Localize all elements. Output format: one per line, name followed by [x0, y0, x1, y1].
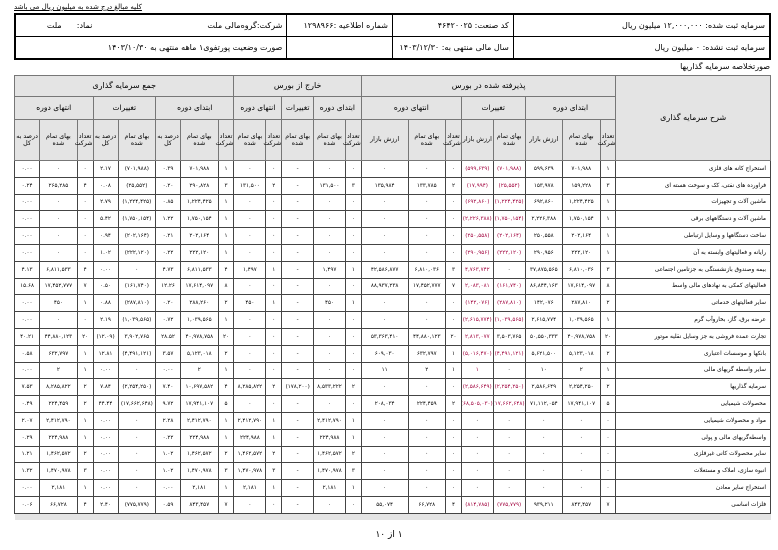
table-cell: ۵۰,۵۵۰,۳۳۳ — [525, 328, 563, 345]
table-cell: (۷۰۱,۹۸۸) — [118, 161, 156, 178]
table-row: بیمه وصندوق بازنشستگی به جزتامین اجتماعی… — [15, 261, 771, 278]
table-cell: ۲ — [446, 396, 462, 413]
table-cell: ۱۷,۹۴۱,۱۰۷ — [563, 396, 601, 413]
table-cell: (۱۷,۹۹۴) — [461, 177, 493, 194]
column-header: ارزش بازار — [461, 120, 493, 161]
table-cell: ۲,۴۱۲,۷۹۰ — [234, 412, 266, 429]
table-cell: ۰ — [345, 228, 361, 245]
table-cell: ۰.۲۲ — [156, 429, 181, 446]
table-cell: ۰ — [446, 312, 462, 329]
table-cell: - — [282, 345, 314, 362]
table-cell: ۰.۵۰ — [93, 278, 118, 295]
group-total: جمع سرمایه گذاری — [15, 76, 234, 97]
table-row: سرمایه گذاریها۲۲,۲۵۴,۲۵۰۲,۵۸۶,۶۴۹(۲,۲۵۴,… — [15, 379, 771, 396]
table-cell: ۰.۳۹ — [156, 161, 181, 178]
table-cell: (۶۸,۵۰۵,۰۳۰) — [461, 396, 493, 413]
table-row: بانکها و موسسات اعتباری۲۵,۱۲۳,۰۱۸۵,۶۲۱,۵… — [15, 345, 771, 362]
table-cell: ۲.۴۰ — [93, 496, 118, 513]
table-cell: ۳,۵۰۳,۷۶۵ — [493, 328, 525, 345]
table-cell: ۰ — [314, 211, 346, 228]
table-cell: ۰ — [361, 244, 408, 261]
table-cell: ۰ — [345, 244, 361, 261]
table-row: واسطه‌گریهای مالی و پولی۰۰۰۰۰۰۰۰۱۲۲۴,۹۸۸… — [15, 429, 771, 446]
table-cell: ۱,۴۷۰,۹۷۸ — [40, 463, 78, 480]
table-cell: ۲,۰۸۳,۰۸۱ — [461, 278, 493, 295]
table-cell: ۰ — [408, 194, 446, 211]
table-cell: ۰ — [118, 412, 156, 429]
table-cell: ۰ — [266, 228, 282, 245]
table-cell: (۱,۷۵۰,۱۵۴) — [118, 211, 156, 228]
table-cell: - — [282, 194, 314, 211]
table-cell: - — [282, 412, 314, 429]
table-cell: ۳ — [446, 261, 462, 278]
table-cell: ۰ — [345, 194, 361, 211]
table-cell: ۰ — [314, 396, 346, 413]
table-cell: ۲۶۵,۲۸۵ — [40, 177, 78, 194]
table-cell: ۱ — [345, 261, 361, 278]
table-cell: ۴۰,۹۷۸,۷۵۸ — [181, 328, 219, 345]
table-cell: ۲,۲۵۴,۲۵۰ — [563, 379, 601, 396]
table-cell: ۱۰ — [525, 362, 563, 379]
table-cell: ۸ — [218, 278, 234, 295]
table-cell: ۱ — [77, 362, 93, 379]
investment-description: سایر واسطه گریهای مالی — [616, 362, 771, 379]
table-cell: ۲ — [266, 446, 282, 463]
table-cell: ۸۴۳,۴۵۷ — [563, 496, 601, 513]
table-cell: ۰.۰۰ — [15, 228, 40, 245]
table-cell: ۴۴,۸۸۰,۱۲۳ — [40, 328, 78, 345]
table-cell: ۲ — [181, 362, 219, 379]
investment-description: مواد و محصولات شیمیایی — [616, 412, 771, 429]
table-row: سایر فعالیتهای خدماتی۲۲۸۷,۸۱۰۱۴۲,۰۷۶(۲۸۷… — [15, 295, 771, 312]
column-header: بهای تمام شده — [563, 120, 601, 161]
table-cell: ۰ — [461, 412, 493, 429]
table-cell: ۲,۱۸۱ — [234, 480, 266, 497]
table-cell: ۳ — [600, 177, 616, 194]
table-cell: ۸۶,۸۴۴,۱۶۳ — [525, 278, 563, 295]
table-cell: - — [282, 244, 314, 261]
table-cell: ۲,۲۲۶,۳۸۸ — [525, 211, 563, 228]
table-cell: ۲,۴۱۲,۷۹۰ — [181, 412, 219, 429]
table-cell: ۴ — [446, 496, 462, 513]
table-cell: (۲,۲۵۴,۲۵۰) — [118, 379, 156, 396]
table-cell: ۰ — [461, 446, 493, 463]
table-cell: ۱ — [461, 362, 493, 379]
table-cell: - — [282, 278, 314, 295]
table-cell: ۳,۹۰۲,۷۶۵ — [118, 328, 156, 345]
table-cell: ۰ — [361, 412, 408, 429]
table-cell: ۰ — [361, 463, 408, 480]
table-cell: (۲,۲۵۴,۲۵۰) — [493, 379, 525, 396]
table-cell: ۰ — [266, 496, 282, 513]
table-cell: ۴ — [77, 496, 93, 513]
table-cell: (۸۱۴,۷۸۵) — [461, 496, 493, 513]
table-cell: ۰.۰۰ — [15, 480, 40, 497]
listed-ending: انتهای دوره — [361, 97, 461, 120]
table-cell: ۱ — [218, 228, 234, 245]
table-cell: (۲,۶۱۵,۷۷۴) — [461, 312, 493, 329]
total-changes: تغییرات — [93, 97, 156, 120]
investment-description: واسطه‌گریهای مالی و پولی — [616, 429, 771, 446]
table-cell: (۲۰۲,۱۶۴) — [118, 228, 156, 245]
table-cell: ۱ — [218, 362, 234, 379]
table-cell: ۰ — [234, 496, 266, 513]
table-cell: (۱۷,۶۶۲,۶۴۸) — [493, 396, 525, 413]
table-cell: ۰ — [314, 496, 346, 513]
table-cell: ۰ — [266, 396, 282, 413]
column-header: درصد به کل — [15, 120, 40, 161]
table-cell: - — [282, 446, 314, 463]
table-cell: ۰ — [118, 362, 156, 379]
table-cell: ۰ — [234, 244, 266, 261]
industry-code: کد صنعت: ۴۶۴۲۰۰۲۵ — [393, 14, 514, 37]
table-cell: ۰ — [40, 211, 78, 228]
table-cell: ۰ — [446, 412, 462, 429]
table-cell: ۰ — [408, 480, 446, 497]
investment-description: بانکها و موسسات اعتباری — [616, 345, 771, 362]
table-cell: ۰ — [77, 312, 93, 329]
table-cell: (۱۴۲,۰۷۶) — [461, 295, 493, 312]
table-cell: ۱,۴۶۲,۵۷۲ — [181, 446, 219, 463]
table-cell: ۰ — [234, 312, 266, 329]
table-cell: ۰ — [446, 295, 462, 312]
investment-description: استخراج سایر معادن — [616, 480, 771, 497]
investment-description: سایر فعالیتهای خدماتی — [616, 295, 771, 312]
table-cell: ۰ — [40, 161, 78, 178]
table-cell: ۰ — [266, 278, 282, 295]
table-cell: ۲۸۷,۸۱۰ — [563, 295, 601, 312]
table-cell: - — [282, 211, 314, 228]
company-info: شرکت:گروه‌مالی ملت نماد: ملت — [15, 14, 287, 37]
table-cell: ۰ — [563, 480, 601, 497]
table-cell: ۰ — [408, 312, 446, 329]
table-cell: ۰.۰۰ — [93, 463, 118, 480]
table-cell: (۲۹۰,۹۵۶) — [461, 244, 493, 261]
table-cell: ۲ — [266, 177, 282, 194]
table-cell: ۰.۸۵ — [156, 194, 181, 211]
table-cell: ۱۰,۶۹۷,۵۸۲ — [181, 379, 219, 396]
table-cell: ۰ — [408, 429, 446, 446]
table-cell: ۰ — [345, 312, 361, 329]
table-cell: ۶۰۹,۰۳۰ — [361, 345, 408, 362]
table-cell: ۰ — [408, 228, 446, 245]
table-cell: ۲ — [563, 362, 601, 379]
table-cell: ۰.۲۹ — [15, 429, 40, 446]
table-cell: ۰ — [408, 412, 446, 429]
table-cell: ۱۷,۴۵۲,۷۷۷ — [408, 278, 446, 295]
table-cell: ۰ — [77, 194, 93, 211]
table-cell: ۰ — [600, 480, 616, 497]
table-cell: (۱۲.۰۹) — [93, 328, 118, 345]
listed-beginning: ابتدای دوره — [525, 97, 616, 120]
table-cell: ۰ — [408, 463, 446, 480]
company-name: گروه‌مالی ملت — [207, 21, 256, 30]
table-cell: ۰ — [266, 211, 282, 228]
table-cell: ۰ — [600, 446, 616, 463]
table-cell: ۴ — [218, 261, 234, 278]
table-cell: ۲۲۲,۱۲۰ — [563, 244, 601, 261]
table-row: ماشین آلات و دستگاههای برقی۱۱,۷۵۰,۱۵۴۲,۲… — [15, 211, 771, 228]
investment-description: ساخت دستگاهها و وسایل ارتباطی — [616, 228, 771, 245]
table-cell: ۰ — [234, 228, 266, 245]
table-cell: ۰.۷۲ — [156, 312, 181, 329]
table-cell: ۰ — [361, 228, 408, 245]
table-cell: ۰ — [314, 161, 346, 178]
table-cell: (۲۵۰,۵۵۸) — [461, 228, 493, 245]
table-cell: ۱,۲۲۴,۴۲۵ — [181, 194, 219, 211]
table-cell: ۰ — [525, 463, 563, 480]
table-cell: ۲ — [218, 446, 234, 463]
table-cell: ۰.۰۰ — [93, 429, 118, 446]
table-cell: (۲۵,۵۵۲) — [118, 177, 156, 194]
table-cell: ۴۰,۹۷۸,۷۵۸ — [563, 328, 601, 345]
table-cell: ۰ — [118, 446, 156, 463]
table-cell: ۱,۴۹۷ — [234, 261, 266, 278]
table-cell: (۱,۰۳۹,۵۶۵) — [118, 312, 156, 329]
table-cell: ۰ — [493, 362, 525, 379]
table-cell: ۲۰ — [218, 328, 234, 345]
table-cell: ۷.۵۳ — [15, 379, 40, 396]
table-cell: ۰ — [266, 362, 282, 379]
table-cell: ۰ — [314, 345, 346, 362]
investment-description: بیمه وصندوق بازنشستگی به جزتامین اجتماعی — [616, 261, 771, 278]
table-cell: ۴.۱۳ — [15, 261, 40, 278]
table-cell: - — [282, 328, 314, 345]
table-cell: ۷۰۱,۹۸۸ — [181, 161, 219, 178]
table-cell: (۵۹۹,۶۳۹) — [461, 161, 493, 178]
table-cell: ۹.۷۲ — [156, 396, 181, 413]
table-cell: ۰ — [266, 328, 282, 345]
table-cell: ۱.۰۲ — [93, 244, 118, 261]
table-cell: (۴,۴۹۱,۱۲۱) — [118, 345, 156, 362]
table-cell: ۷ — [600, 496, 616, 513]
table-cell: ۰.۰۰ — [15, 211, 40, 228]
table-cell: ۸۸,۹۳۷,۲۳۸ — [361, 278, 408, 295]
table-cell: ۰ — [118, 463, 156, 480]
table-cell: - — [282, 177, 314, 194]
table-cell: ۰.۸۸ — [93, 295, 118, 312]
table-cell: ۳ — [266, 463, 282, 480]
table-row: فلزات اساسی۷۸۴۳,۴۵۷۹۳۹,۲۱۱(۷۷۵,۷۷۹)(۸۱۴,… — [15, 496, 771, 513]
table-cell: ۱,۴۷۰,۹۷۸ — [314, 463, 346, 480]
table-cell: ۰ — [446, 228, 462, 245]
table-cell: ۲ — [600, 295, 616, 312]
table-cell: ۱.۰۲ — [156, 446, 181, 463]
table-cell: ۰.۰۰ — [93, 480, 118, 497]
table-cell: ۰.۰۰ — [156, 362, 181, 379]
table-cell: ۱ — [266, 429, 282, 446]
table-cell: ۰ — [563, 429, 601, 446]
table-cell: ۲ — [446, 177, 462, 194]
table-cell: (۲۸۷,۸۱۰) — [118, 295, 156, 312]
table-cell: ۲۸.۵۲ — [156, 328, 181, 345]
table-cell: ۰ — [40, 194, 78, 211]
table-row: رایانه و فعالیتهای وابسته به آن۱۲۲۲,۱۲۰۲… — [15, 244, 771, 261]
table-cell: ۰ — [266, 161, 282, 178]
table-cell: ۱ — [600, 211, 616, 228]
table-cell: ۰ — [493, 412, 525, 429]
table-cell: ۰ — [314, 194, 346, 211]
table-cell: ۱ — [218, 161, 234, 178]
table-cell: (۲۰۲,۱۶۴) — [493, 228, 525, 245]
table-cell: ۱,۷۵۰,۱۵۴ — [181, 211, 219, 228]
column-header: بهای تمام شده — [234, 120, 266, 161]
table-cell: ۰ — [234, 278, 266, 295]
table-cell: ۱.۲۲ — [156, 211, 181, 228]
table-cell: ۰.۰۰ — [93, 261, 118, 278]
table-cell: ۱,۴۷۰,۹۷۸ — [181, 463, 219, 480]
table-cell: ۰ — [361, 446, 408, 463]
table-cell: ۱,۲۲۴,۴۲۵ — [563, 194, 601, 211]
table-cell: ۰ — [345, 362, 361, 379]
column-header: تعداد شرکت — [77, 120, 93, 161]
table-cell: ۱ — [218, 211, 234, 228]
table-cell: ۴ — [77, 261, 93, 278]
table-cell: ۱ — [218, 244, 234, 261]
table-cell: ۰ — [234, 161, 266, 178]
table-cell: ۱۲.۸۱ — [93, 345, 118, 362]
table-cell: ۰ — [361, 379, 408, 396]
table-cell: ۵ — [600, 396, 616, 413]
table-cell: ۰.۰۰ — [15, 194, 40, 211]
table-cell: ۰ — [361, 295, 408, 312]
table-cell: ۰ — [446, 161, 462, 178]
table-cell: ۲ — [77, 446, 93, 463]
table-row: مواد و محصولات شیمیایی۰۰۰۰۰۰۰۰۱۲,۴۱۲,۷۹۰… — [15, 412, 771, 429]
table-cell: ۱ — [600, 228, 616, 245]
table-cell: ۲۰ — [77, 328, 93, 345]
table-cell: ۱,۰۳۹,۵۶۵ — [181, 312, 219, 329]
table-cell: ۰ — [446, 244, 462, 261]
table-cell: ۰ — [234, 211, 266, 228]
table-cell: ۱۱ — [361, 362, 408, 379]
table-cell: ۲ — [600, 345, 616, 362]
table-cell: ۲۸۸,۲۶۰ — [181, 295, 219, 312]
table-cell: ۰.۵۹ — [156, 496, 181, 513]
table-cell: ۶۹۲,۸۶۰ — [525, 194, 563, 211]
table-cell: ۰.۰۰ — [15, 312, 40, 329]
table-cell: ۰.۴۹ — [15, 396, 40, 413]
table-cell: ۰ — [266, 345, 282, 362]
table-cell: ۱ — [77, 345, 93, 362]
table-row: سایر واسطه گریهای مالی۱۲۱۰۰۱۱۲۱۱۰۰-۰۰۱۲۰… — [15, 362, 771, 379]
table-cell: ۱۴۲,۰۷۶ — [525, 295, 563, 312]
table-cell: ۱ — [218, 412, 234, 429]
table-cell: (۶۹۲,۸۶۰) — [461, 194, 493, 211]
table-cell: ۰ — [361, 312, 408, 329]
table-cell: ۰ — [446, 211, 462, 228]
table-cell: ۴.۷۳ — [156, 261, 181, 278]
table-cell: ۰ — [314, 228, 346, 245]
table-cell: ۰.۲۲ — [156, 244, 181, 261]
table-cell: ۲ — [345, 379, 361, 396]
table-cell: ۰ — [525, 446, 563, 463]
investment-description: عرضه برق، گاز، بخاروآب گرم — [616, 312, 771, 329]
table-cell: ۰ — [118, 480, 156, 497]
table-cell: ۰ — [77, 228, 93, 245]
table-cell: ۱,۰۳۹,۵۶۵ — [563, 312, 601, 329]
column-header: ارزش بازار — [525, 120, 563, 161]
table-cell: ۲۲۴,۴۵۹ — [408, 396, 446, 413]
table-cell: ۵۹۹,۶۳۹ — [525, 161, 563, 178]
table-cell: ۱ — [77, 429, 93, 446]
table-cell: ۰.۰۶ — [15, 496, 40, 513]
table-cell: ۱۵.۶۸ — [15, 278, 40, 295]
symbol-label: نماد: — [77, 21, 93, 30]
column-header: درصد به کل — [93, 120, 118, 161]
table-cell: ۰ — [314, 312, 346, 329]
col-description: شرح سرمایه گذاری — [616, 76, 771, 161]
investment-description: فلزات اساسی — [616, 496, 771, 513]
table-cell: ۱ — [218, 429, 234, 446]
table-cell: ۰ — [493, 480, 525, 497]
table-cell: (۱,۰۳۹,۵۶۵) — [493, 312, 525, 329]
table-cell: ۱,۴۶۲,۵۷۲ — [40, 446, 78, 463]
table-cell: ۶,۸۱۱,۵۳۳ — [40, 261, 78, 278]
table-cell: ۰ — [361, 429, 408, 446]
table-cell: ۰ — [361, 161, 408, 178]
table-cell: ۰ — [361, 194, 408, 211]
table-cell: (۲۸۷,۸۱۰) — [493, 295, 525, 312]
table-cell: ۱۳۱,۵۰۰ — [314, 177, 346, 194]
table-cell: ۲ — [345, 446, 361, 463]
table-cell: (۲۲۲,۱۲۰) — [118, 244, 156, 261]
table-cell: - — [282, 496, 314, 513]
table-cell: ۸,۲۸۵,۸۲۲ — [40, 379, 78, 396]
table-cell: ۲.۷۹ — [93, 194, 118, 211]
group-listed: پذیرفته شده در بورس — [361, 76, 616, 97]
table-cell: ۰ — [266, 194, 282, 211]
table-cell: ۱ — [345, 412, 361, 429]
registered-capital: سرمایه ثبت شده: ۱۲,۰۰۰,۰۰۰ میلیون ریال — [513, 14, 770, 37]
table-cell: (۵,۰۱۶,۴۷۰) — [461, 345, 493, 362]
investment-description: رایانه و فعالیتهای وابسته به آن — [616, 244, 771, 261]
table-cell: ۲ — [40, 362, 78, 379]
table-cell: ۰ — [40, 244, 78, 261]
column-header: بهای تمام شده — [408, 120, 446, 161]
table-cell: ۹۳۹,۲۱۱ — [525, 496, 563, 513]
table-cell: ۲۲۴,۴۵۹ — [40, 396, 78, 413]
table-cell: ۰ — [40, 312, 78, 329]
table-cell: ۲۹۰,۸۲۸ — [181, 177, 219, 194]
table-cell: - — [282, 362, 314, 379]
table-cell: ۵ — [218, 396, 234, 413]
table-cell: ۰ — [234, 396, 266, 413]
table-cell: ۱,۴۹۷ — [314, 261, 346, 278]
table-cell: ۰ — [266, 244, 282, 261]
table-cell: (۲,۲۲۶,۳۸۸) — [461, 211, 493, 228]
investment-description: سرمایه گذاریها — [616, 379, 771, 396]
table-cell: ۲۲۴,۹۸۸ — [234, 429, 266, 446]
table-cell: ۰ — [234, 345, 266, 362]
table-cell: ۲ — [77, 379, 93, 396]
table-cell: ۴۵۰ — [314, 295, 346, 312]
table-cell: ۱,۴۶۲,۵۷۲ — [314, 446, 346, 463]
table-cell: ۰.۰۸ — [93, 177, 118, 194]
table-cell: ۲.۱۷ — [93, 161, 118, 178]
table-cell: ۸,۲۸۵,۸۲۲ — [234, 379, 266, 396]
table-cell: ۱۷,۶۱۴,۰۹۷ — [181, 278, 219, 295]
table-cell: ۰ — [266, 312, 282, 329]
table-cell: ۰ — [40, 228, 78, 245]
investment-description: استخراج کانه های فلزی — [616, 161, 771, 178]
table-cell: (۱۶۱,۷۴۰) — [493, 278, 525, 295]
table-row: ماشین آلات و تجهیزات۱۱,۲۲۴,۴۲۵۶۹۲,۸۶۰(۱,… — [15, 194, 771, 211]
column-header: بهای تمام شده — [118, 120, 156, 161]
column-header: ارزش بازار — [361, 120, 408, 161]
table-cell: ۰ — [314, 244, 346, 261]
table-cell: ۲ — [218, 345, 234, 362]
